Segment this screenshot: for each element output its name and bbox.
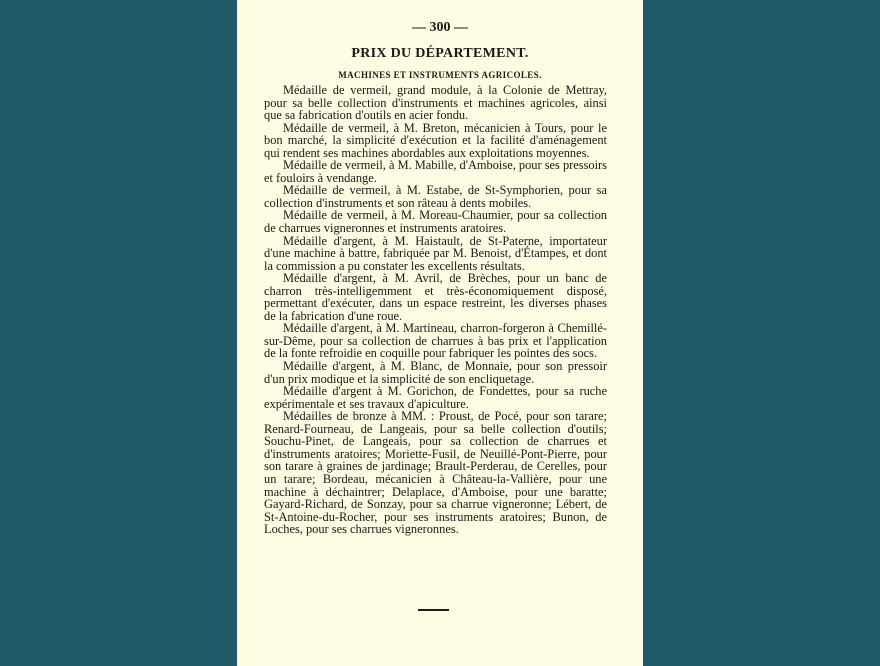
- paragraph: Médaille d'argent, à M. Martineau, charr…: [264, 322, 607, 360]
- end-rule-divider: [418, 609, 449, 611]
- scanned-page: — 300 — PRIX DU DÉPARTEMENT. MACHINES ET…: [237, 0, 643, 666]
- paragraph: Médailles de bronze à MM. : Proust, de P…: [264, 410, 607, 535]
- paragraph: Médaille d'argent, à M. Avril, de Brèche…: [264, 272, 607, 322]
- paragraph: Médaille d'argent, à M. Haistault, de St…: [264, 235, 607, 273]
- page-title: PRIX DU DÉPARTEMENT.: [237, 46, 643, 62]
- page-number: — 300 —: [237, 20, 643, 36]
- body-text: Médaille de vermeil, grand module, à la …: [264, 84, 607, 536]
- paragraph: Médaille d'argent, à M. Blanc, de Monnai…: [264, 360, 607, 385]
- paragraph: Médaille de vermeil, à M. Moreau-Chaumie…: [264, 209, 607, 234]
- paragraph: Médaille de vermeil, à M. Breton, mécani…: [264, 122, 607, 160]
- paragraph: Médaille de vermeil, grand module, à la …: [264, 84, 607, 122]
- paragraph: Médaille d'argent à M. Gorichon, de Fond…: [264, 385, 607, 410]
- section-subtitle: MACHINES ET INSTRUMENTS AGRICOLES.: [237, 70, 643, 80]
- paragraph: Médaille de vermeil, à M. Estabe, de St-…: [264, 184, 607, 209]
- paragraph: Médaille de vermeil, à M. Mabille, d'Amb…: [264, 159, 607, 184]
